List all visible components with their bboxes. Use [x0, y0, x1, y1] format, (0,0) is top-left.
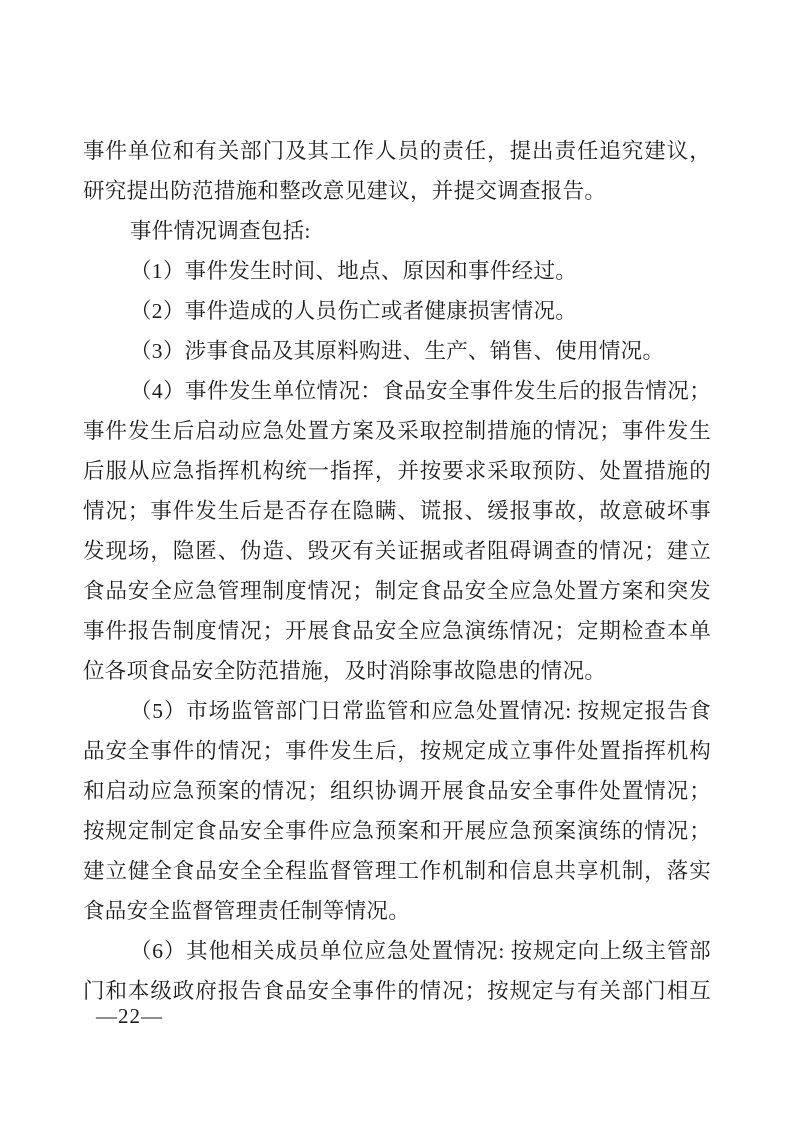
text-line: （6）其他相关成员单位应急处置情况: 按规定向上级主管部: [83, 931, 711, 971]
document-page: 事件单位和有关部门及其工作人员的责任，提出责任追究建议， 研究提出防范措施和整改…: [0, 0, 793, 1122]
text-line: 情况；事件发生后是否存在隐瞒、谎报、缓报事故，故意破坏事: [83, 491, 711, 531]
text-line: 研究提出防范措施和整改意见建议，并提交调查报告。: [83, 171, 711, 211]
text-line: 事件情况调查包括:: [83, 211, 711, 251]
text-line: 按规定制定食品安全事件应急预案和开展应急预案演练的情况；: [83, 811, 711, 851]
text-line: 门和本级政府报告食品安全事件的情况；按规定与有关部门相互: [83, 971, 711, 1011]
text-line: 食品安全应急管理制度情况；制定食品安全应急处置方案和突发: [83, 571, 711, 611]
text-line: 后服从应急指挥机构统一指挥，并按要求采取预防、处置措施的: [83, 451, 711, 491]
text-line: 位各项食品安全防范措施，及时消除事故隐患的情况。: [83, 651, 711, 691]
text-line: 事件发生后启动应急处置方案及采取控制措施的情况；事件发生: [83, 411, 711, 451]
text-line: （3）涉事食品及其原料购进、生产、销售、使用情况。: [83, 331, 711, 371]
text-line: （2）事件造成的人员伤亡或者健康损害情况。: [83, 291, 711, 331]
text-line: 和启动应急预案的情况；组织协调开展食品安全事件处置情况；: [83, 771, 711, 811]
text-line: （1）事件发生时间、地点、原因和事件经过。: [83, 251, 711, 291]
text-line: （5）市场监管部门日常监管和应急处置情况: 按规定报告食: [83, 691, 711, 731]
page-number: —22—: [96, 1001, 163, 1031]
document-body: 事件单位和有关部门及其工作人员的责任，提出责任追究建议， 研究提出防范措施和整改…: [83, 131, 711, 1011]
text-line: 食品安全监督管理责任制等情况。: [83, 891, 711, 931]
text-line: 事件单位和有关部门及其工作人员的责任，提出责任追究建议，: [83, 131, 711, 171]
text-line: （4）事件发生单位情况：食品安全事件发生后的报告情况；: [83, 371, 711, 411]
text-line: 品安全事件的情况；事件发生后，按规定成立事件处置指挥机构: [83, 731, 711, 771]
text-line: 建立健全食品安全全程监督管理工作机制和信息共享机制，落实: [83, 851, 711, 891]
text-line: 事件报告制度情况；开展食品安全应急演练情况；定期检查本单: [83, 611, 711, 651]
text-line: 发现场，隐匿、伪造、毁灭有关证据或者阻碍调查的情况；建立: [83, 531, 711, 571]
